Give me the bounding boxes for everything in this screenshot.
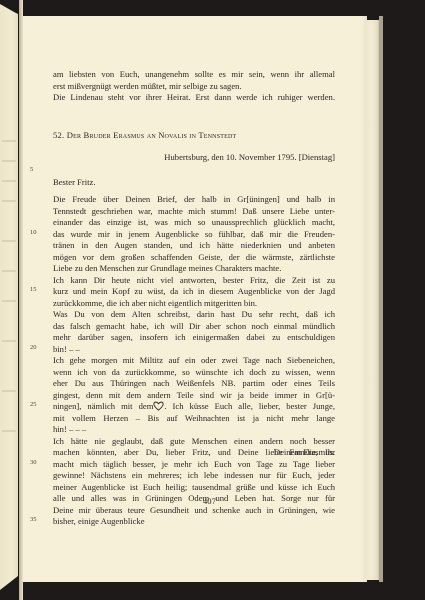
text-line: am liebsten von Euch, unangenehm sollte … (53, 69, 335, 81)
letter-number: 52. (53, 130, 64, 140)
text-fragment: . Ich küsse Euch alle, lieber, bester Ju… (164, 401, 335, 411)
text-line: macht mich täglich besser, je mehr ich E… (53, 459, 335, 471)
text-line: Deine mir überaus teure Gesundheit und s… (53, 505, 335, 517)
text-line: alle und alles was in Grüningen Odem und… (53, 493, 335, 505)
line-number: 10 (30, 229, 40, 236)
text-line: gewinne! Nächstens ein mehreres; ich leb… (53, 470, 335, 482)
text-line: tränen in den Augen standen, und ich hät… (53, 240, 335, 252)
letter-heading: 52. Der Bruder Erasmus an Novalis in Ten… (53, 130, 236, 140)
page-stack-edge (366, 20, 380, 580)
text-line: Ich hätte nie geglaubt, daß gute Mensche… (53, 436, 335, 448)
salutation-line: Bester Fritz. (53, 177, 335, 189)
salutation: Bester Fritz. (53, 177, 335, 189)
text-line: zurückkomme, die ich aber nicht eigentli… (53, 298, 335, 310)
text-line: gingest, denn mit dem andern Teile sind … (53, 390, 335, 402)
text-line: Die Lindenau steht vor ihrer Heirat. Ers… (53, 92, 335, 104)
continuation-paragraph: am liebsten von Euch, unangenehm sollte … (53, 69, 335, 104)
text-line: das falsch gemacht habe, ich will Dir ab… (53, 321, 335, 333)
text-line: bin! – – (53, 344, 335, 356)
text-line: meiner Augenblicke ist Euch heilig; taus… (53, 482, 335, 494)
line-number: 15 (30, 286, 40, 293)
text-line: einander das einzige ist, was mich so un… (53, 217, 335, 229)
text-line: kurz und mein Kopf zu wüst, da ich in di… (53, 286, 335, 298)
closing-signature: Deinem Erasmus. (53, 447, 335, 459)
line-number: 5 (30, 166, 40, 173)
text-line: Tennstedt geschrieben war, machte mich s… (53, 206, 335, 218)
text-line: eher Du aus Thüringen nach Weißenfels NB… (53, 378, 335, 390)
line-number: 35 (30, 516, 40, 523)
line-number: 25 (30, 401, 40, 408)
letter-body: Die Freude über Deinen Brief, der halb i… (53, 194, 335, 528)
closing-line: Deinem Erasmus. (53, 447, 335, 459)
text-line: bisher, einige Augenblicke (53, 516, 335, 528)
book-cover-edge (379, 16, 383, 582)
text-line: erst mißvergnügt werden müßtet, mir selb… (53, 81, 335, 93)
line-number: 30 (30, 459, 40, 466)
page-number: 407 (203, 496, 216, 506)
text-line: mehr darüber sagen, insofern ich einiger… (53, 332, 335, 344)
text-line: Was Du von dem Alten schreibst, darin ha… (53, 309, 335, 321)
text-line: Ich kann Dir heute nicht viel antworten,… (53, 275, 335, 287)
text-fragment: ningen], nämlich mit dem (53, 401, 153, 411)
text-line: wenn ich von da zurückkomme, so wünschte… (53, 367, 335, 379)
place-date-line: Hubertsburg, den 10. November 1795. [Die… (53, 152, 335, 164)
letter-title: Der Bruder Erasmus an Novalis in Tennste… (67, 130, 237, 140)
text-line: Ich gehe morgen mit Miltitz auf ein oder… (53, 355, 335, 367)
text-line: hin! – – – (53, 424, 335, 436)
text-line: mit vollem Herzen – Bis auf Weihnachten … (53, 413, 335, 425)
text-line: Liebe zu den Menschen zur Grundlage mein… (53, 263, 335, 275)
left-page-edge (0, 0, 20, 600)
text-line: Die Freude über Deinen Brief, der halb i… (53, 194, 335, 206)
heart-icon (153, 401, 164, 411)
heart-line: ningen], nämlich mit dem. Ich küsse Euch… (53, 401, 335, 413)
text-line: das wurde mir in jenem Augenblicke so fü… (53, 229, 335, 241)
place-date: Hubertsburg, den 10. November 1795. [Die… (53, 152, 335, 164)
line-number: 20 (30, 344, 40, 351)
text-line: mögen vor dem großen schaffenden Geiste,… (53, 252, 335, 264)
